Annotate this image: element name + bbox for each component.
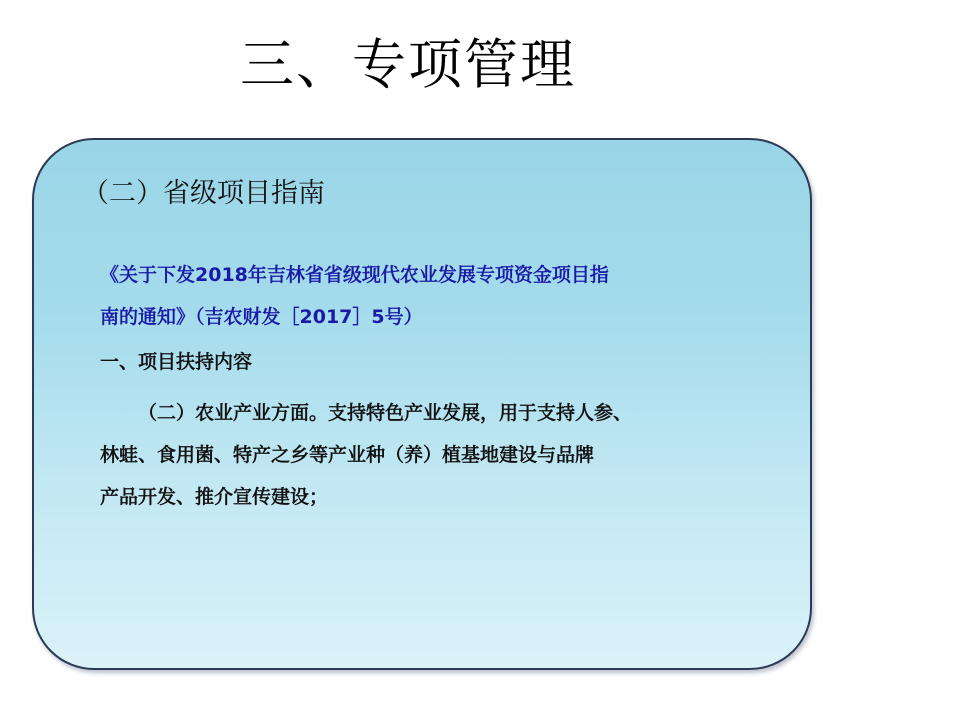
slide-title: 三、专项管理 [240,28,620,102]
content-box: （二）省级项目指南 《关于下发2018年吉林省省级现代农业发展专项资金项目指 南… [32,138,812,670]
notice-title: 《关于下发2018年吉林省省级现代农业发展专项资金项目指 南的通知》（吉农财发［… [100,254,760,338]
body-paragraph: （二）农业产业方面。支持特色产业发展，用于支持人参、 林蛙、食用菌、特产之乡等产… [100,392,760,518]
paragraph-line-1: （二）农业产业方面。支持特色产业发展，用于支持人参、 [100,392,760,434]
notice-title-line-2: 南的通知》（吉农财发［2017］5号） [100,296,760,338]
paragraph-line-3: 产品开发、推介宣传建设； [100,476,760,518]
outline-item-heading: 一、项目扶持内容 [100,342,252,382]
section-heading: （二）省级项目指南 [82,174,325,214]
paragraph-line-2: 林蛙、食用菌、特产之乡等产业种（养）植基地建设与品牌 [100,434,760,476]
notice-title-line-1: 《关于下发2018年吉林省省级现代农业发展专项资金项目指 [100,254,760,296]
